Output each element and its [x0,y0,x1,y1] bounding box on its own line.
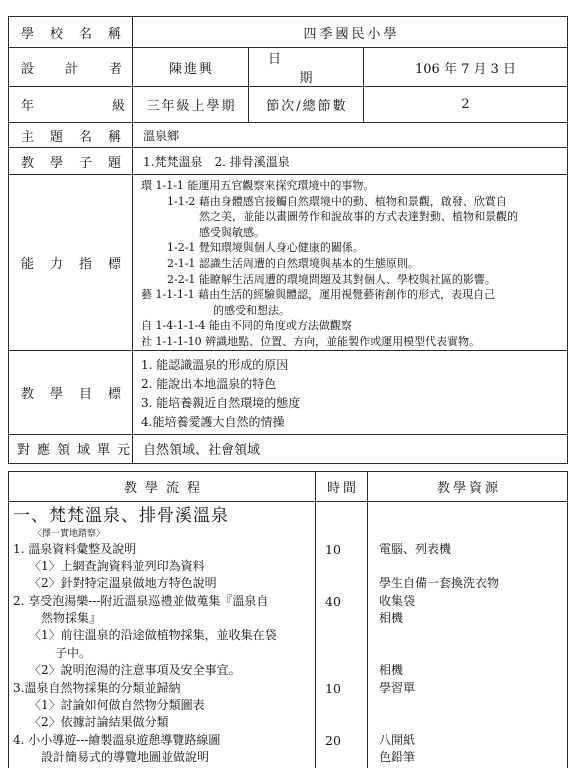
flow-body-row: 一、梵梵溫泉、排骨溪溫泉 〈擇一實地踏察〉 1. 溫泉資料彙整及說明〈1〉上網查… [9,501,568,768]
grade-label: 年級 [21,99,133,114]
flow-step-line: 4. 小小導遊---繪製溫泉遊憩導覽路線圖 [9,732,315,749]
indicator-list: 環 1-1-1 能運用五官觀察來探究環境中的事物。1-1-2 藉由身體感官接觸自… [141,178,565,350]
periods-label: 節次/總節數 [266,99,347,114]
time-value [316,558,367,575]
flow-step-line: 〈1〉上網查詢資料並列印為資料 [9,558,315,575]
time-list: 10 40 10 20 [316,541,367,767]
resource-item: 收集袋 [368,593,567,610]
goal-line: 4.能培養愛護大自然的情操 [141,413,565,432]
designer-label: 設計者 [21,62,133,77]
resource-column-header: 教學資源 [437,481,501,496]
subtopics-label: 教學子題 [21,156,133,171]
goal-list: 1. 能認識溫泉的形成的原因2. 能說出本地溫泉的特色3. 能培養親近自然環境的… [141,356,565,432]
date-label: 日期 [268,52,364,86]
indicators-label: 能力指標 [21,257,133,272]
school-name-value: 四季國民小學 [304,27,400,42]
indicator-line: 藝 1-1-1-1 藉由生活的經驗與體認，運用視覺藝術創作的形式，表現自己 [141,287,565,303]
time-value: 20 [316,732,367,749]
subtopics-value: 1.梵梵溫泉 2. 排骨溪溫泉 [143,155,290,169]
time-value [316,697,367,714]
time-spacer [316,505,367,541]
topic-label: 主題名稱 [21,130,133,145]
flow-step-line: 設計簡易式的導覽地圖並做說明 [9,749,315,766]
row-school: 學校名稱 四季國民小學 [9,17,568,48]
lesson-plan-page: 學校名稱 四季國民小學 設計者 陳進興 日期 106 年 7 月 3 日 年級 … [0,0,576,768]
goals-label: 教學目標 [21,387,133,402]
resource-item: 學習單 [368,680,567,697]
indicator-line: 2-2-1 能瞭解生活周遭的環境問題及其對個人、學校與社區的影響。 [141,272,565,288]
time-value [316,749,367,766]
resource-spacer [368,505,567,541]
topic-value: 溫泉鄉 [143,129,179,143]
resource-item: 色鉛筆 [368,749,567,766]
teaching-flow-table: 教學流程 時間 教學資源 一、梵梵溫泉、排骨溪溫泉 〈擇一實地踏察〉 1. 溫泉… [8,471,568,768]
time-value: 10 [316,680,367,697]
flow-column-header: 教學流程 [124,481,208,496]
flow-step-line: 〈2〉針對特定溫泉做地方特色說明 [9,575,315,592]
domains-value: 自然領域、社會領域 [143,443,260,458]
domains-label: 對應領域單元 [17,443,133,458]
row-topic: 主題名稱 溫泉鄉 [9,123,568,148]
row-indicators: 能力指標 環 1-1-1 能運用五官觀察來探究環境中的事物。1-1-2 藉由身體… [9,175,568,351]
indicator-line: 2-1-1 認識生活周遭的自然環境與基本的生態原則。 [141,256,565,272]
school-name-label: 學校名稱 [21,27,133,42]
time-value: 40 [316,593,367,610]
resource-item: 相機 [368,610,567,627]
time-value [316,662,367,679]
designer-value: 陳進興 [169,62,214,77]
indicator-line: 1-2-1 覺知環境與個人身心健康的關係。 [141,240,565,256]
flow-step-line: 〈1〉前往溫泉的沿途做植物採集，並收集在袋 [9,627,315,644]
time-cell: 10 40 10 20 [316,501,368,768]
time-value [316,627,367,644]
resource-item: 相機 [368,662,567,679]
indicator-line: 感受與敏感。 [141,225,565,241]
time-value [316,645,367,662]
resource-item [368,714,567,731]
flow-step-line: 2. 享受泡湯樂---附近溫泉巡禮並做蒐集『溫泉自 [9,593,315,610]
flow-step-line: 〈2〉說明泡湯的注意事項及安全事宜。 [9,662,315,679]
resource-item [368,645,567,662]
section-title: 一、梵梵溫泉、排骨溪溫泉 [9,505,315,528]
time-value: 10 [316,541,367,558]
indicator-line: 然之美，並能以畫圖勞作和說故事的方式表達對動、植物和景觀的 [141,209,565,225]
lesson-info-table: 學校名稱 四季國民小學 設計者 陳進興 日期 106 年 7 月 3 日 年級 … [8,16,568,464]
date-value: 106 年 7 月 3 日 [415,62,516,77]
resource-cell: 電腦、列表機 學生自備一套換洗衣物收集袋相機 相機學習單 八開紙色鉛筆 [368,501,568,768]
flow-steps-cell: 一、梵梵溫泉、排骨溪溫泉 〈擇一實地踏察〉 1. 溫泉資料彙整及說明〈1〉上網查… [9,501,316,768]
resource-item: 學生自備一套換洗衣物 [368,575,567,592]
resource-item: 電腦、列表機 [368,541,567,558]
resource-item [368,627,567,644]
indicator-line: 自 1-4-1-1-4 能由不同的角度或方法做觀察 [141,318,565,334]
periods-value: 2 [461,97,469,112]
indicator-line: 的感受和想法。 [141,303,565,319]
row-designer-date: 設計者 陳進興 日期 106 年 7 月 3 日 [9,48,568,87]
flow-step-line: 3.溫泉自然物採集的分類並歸納 [9,680,315,697]
row-goals: 教學目標 1. 能認識溫泉的形成的原因2. 能說出本地溫泉的特色3. 能培養親近… [9,350,568,434]
resource-item: 八開紙 [368,732,567,749]
resource-item [368,697,567,714]
section-note: 〈擇一實地踏察〉 [9,528,315,541]
row-subtopics: 教學子題 1.梵梵溫泉 2. 排骨溪溫泉 [9,148,568,175]
time-value [316,575,367,592]
flow-step-line: 〈2〉依據討論結果做分類 [9,714,315,731]
flow-step-list: 1. 溫泉資料彙整及說明〈1〉上網查詢資料並列印為資料〈2〉針對特定溫泉做地方特… [9,541,315,767]
flow-step-line: 〈1〉討論如何做自然物分類圖表 [9,697,315,714]
grade-value: 三年級上學期 [146,99,236,114]
row-domains: 對應領域單元 自然領域、社會領域 [9,434,568,463]
row-grade-periods: 年級 三年級上學期 節次/總節數 2 [9,87,568,123]
resource-list: 電腦、列表機 學生自備一套換洗衣物收集袋相機 相機學習單 八開紙色鉛筆 [368,541,567,767]
time-value [316,610,367,627]
flow-step-line: 子中。 [9,645,315,662]
indicator-line: 1-1-2 藉由身體感官接觸自然環境中的動、植物和景觀，啟發、欣賞自 [141,194,565,210]
goal-line: 2. 能說出本地溫泉的特色 [141,375,565,394]
indicator-line: 社 1-1-1-10 辨識地點、位置、方向，並能製作或運用模型代表實物。 [141,334,565,350]
goal-line: 3. 能培養親近自然環境的態度 [141,394,565,413]
flow-step-line: 然物採集』 [9,610,315,627]
time-column-header: 時間 [327,481,359,496]
goal-line: 1. 能認識溫泉的形成的原因 [141,356,565,375]
time-value [316,714,367,731]
resource-item [368,558,567,575]
flow-step-line: 1. 溫泉資料彙整及說明 [9,541,315,558]
flow-header-row: 教學流程 時間 教學資源 [9,471,568,501]
indicator-line: 環 1-1-1 能運用五官觀察來探究環境中的事物。 [141,178,565,194]
